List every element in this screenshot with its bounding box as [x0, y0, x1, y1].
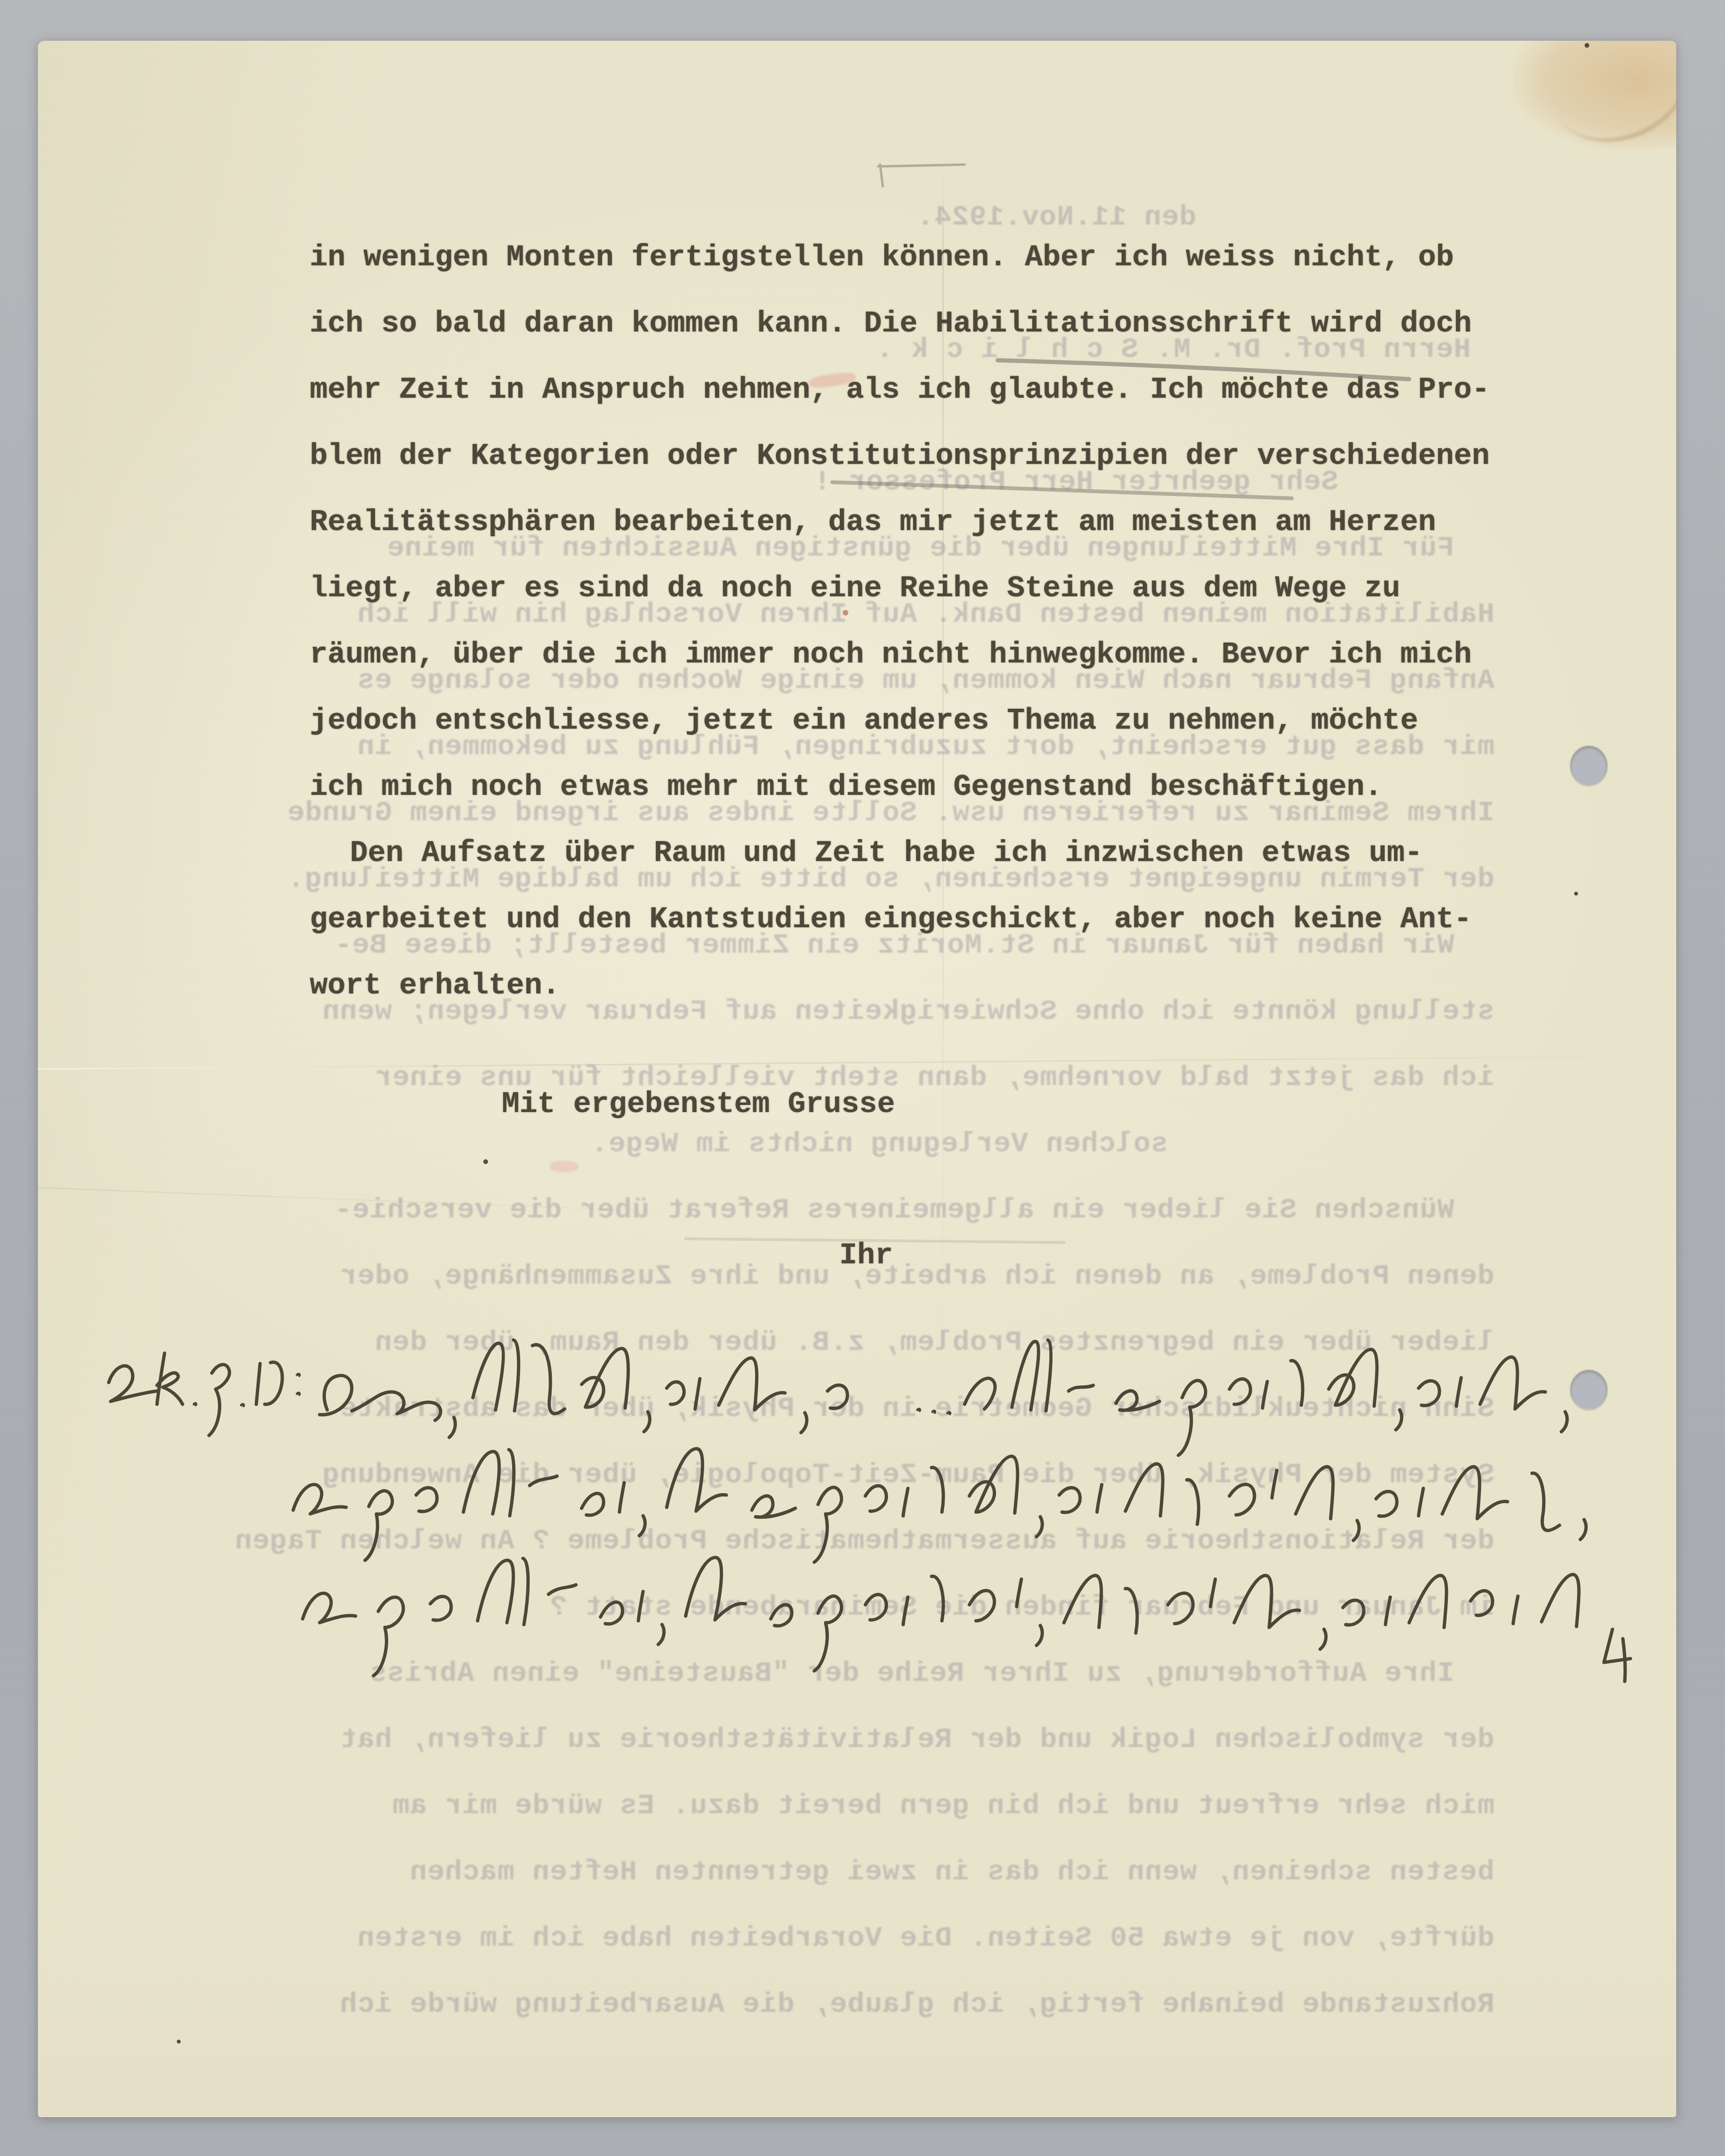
pencil-corner-mark	[878, 165, 965, 186]
ink-and-pencil-marks	[38, 41, 1676, 2117]
letter-page: den 11.Nov.1924.Herrn Prof. Dr. M. S c h…	[38, 41, 1676, 2117]
handwriting-row-2	[293, 1449, 1586, 1562]
handwriting-row-3	[303, 1557, 1630, 1681]
trailing-numeral-mark	[1604, 1629, 1630, 1681]
bleed-underline-faint	[686, 1239, 1064, 1243]
scan-background: den 11.Nov.1924.Herrn Prof. Dr. M. S c h…	[0, 0, 1725, 2156]
paper-specks	[177, 43, 1589, 2043]
pen-underline-bleed-1	[998, 360, 1409, 379]
pen-underline-bleed-2	[832, 482, 1292, 498]
handwriting-row-1	[109, 1340, 1567, 1455]
